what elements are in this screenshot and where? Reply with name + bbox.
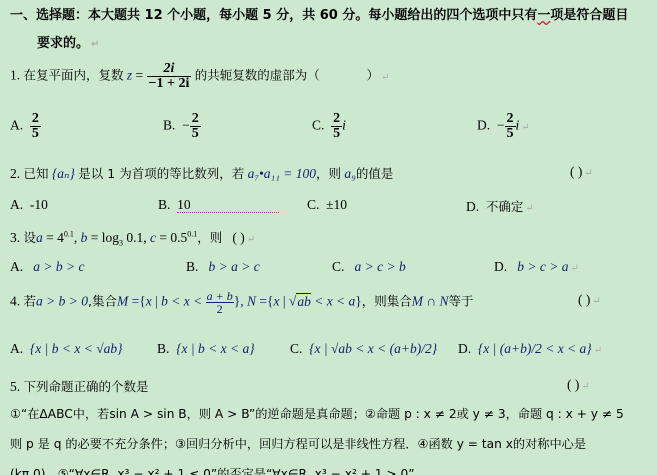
math-expr: a — [36, 230, 43, 245]
q1-option-b[interactable]: B. −25 — [163, 112, 201, 141]
math-var: b < x < — [161, 294, 205, 309]
option-label: B. — [157, 341, 169, 356]
math-op: | — [152, 294, 161, 309]
question-text: ，则 — [197, 230, 222, 245]
q3-option-c[interactable]: C. a > c > b — [332, 259, 406, 275]
q3-option-a[interactable]: A. a > b > c — [10, 259, 84, 275]
q5-answer-blank: ( )↵ — [567, 377, 590, 393]
fraction-denominator: −1 + 2i — [147, 77, 192, 91]
answer-blank: ( ) — [232, 230, 244, 245]
question-number: 3. — [10, 230, 20, 245]
q4-option-a[interactable]: A. {x | b < x < √ab} — [10, 341, 123, 357]
q4-option-c[interactable]: C. {x | √ab < x < (a+b)/2} — [290, 341, 437, 357]
q4-option-b[interactable]: B. {x | b < x < a} — [157, 341, 255, 357]
q3-option-b[interactable]: B. b > a > c — [186, 259, 260, 275]
question-number: 2. — [10, 166, 20, 181]
question-text: 在复平面内，复数 — [24, 68, 124, 83]
paragraph-mark-icon: ↵ — [381, 72, 389, 83]
q2-option-c[interactable]: C. ±10 — [307, 197, 347, 213]
option-value: b > c > a — [517, 259, 568, 274]
option-value: -10 — [30, 197, 48, 212]
answer-blank: ） — [367, 68, 380, 83]
paragraph-mark-icon: ↵ — [91, 39, 99, 50]
math-var: a₉ — [344, 166, 355, 181]
fraction-numerator: 2 — [505, 112, 516, 127]
q3-option-d[interactable]: D. b > c > a↵ — [494, 259, 579, 275]
fraction-numerator: 2 — [30, 112, 41, 127]
math-var: < x < a — [311, 294, 355, 309]
fraction-denominator: 2 — [206, 303, 234, 315]
math-op: = 40.1, — [43, 230, 81, 245]
paragraph-mark-icon: ↵ — [584, 168, 592, 179]
q2-option-d[interactable]: D. 不确定↵ — [466, 197, 534, 215]
imag-unit: i — [342, 118, 346, 133]
paragraph-mark-icon: ↵ — [521, 122, 529, 133]
question-2: 2. 已知 {aₙ} 是以 1 为首项的等比数列，若 a₇•a₁₁ = 100，… — [10, 164, 393, 182]
math-intersection: M ∩ N — [412, 294, 449, 309]
paragraph-mark-icon: ↵ — [592, 296, 600, 307]
answer-blank: ( ) — [567, 377, 579, 392]
option-label: C. — [312, 118, 324, 133]
question-number: 1. — [10, 68, 20, 83]
question-number: 5. — [10, 379, 20, 394]
question-number: 4. — [10, 294, 20, 309]
fraction: 25 — [505, 112, 516, 141]
q2-option-a[interactable]: A. -10 — [10, 197, 48, 213]
fraction: 2i −1 + 2i — [147, 62, 192, 91]
paragraph-mark-icon: ↵ — [525, 203, 533, 214]
question-text: 是以 1 为首项的等比数列，若 — [78, 166, 244, 181]
option-value: a > c > b — [355, 259, 406, 274]
question-5: 5. 下列命题正确的个数是 — [10, 377, 149, 395]
fraction-denominator: 5 — [30, 127, 41, 141]
q4-option-d[interactable]: D. {x | (a+b)/2 < x < a}↵ — [458, 341, 602, 357]
fraction-numerator: 2 — [190, 112, 201, 127]
option-label: A. — [10, 341, 23, 356]
set-m: M — [117, 294, 128, 309]
math-op: = log3 0.1, — [87, 230, 150, 245]
math-op: ={ — [256, 294, 273, 309]
fraction: 25 — [331, 112, 342, 141]
option-label: C. — [290, 341, 302, 356]
section-header-line2: 要求的。↵ — [37, 32, 99, 51]
sqrt-ab: ab — [296, 293, 311, 309]
option-label: B. — [163, 118, 175, 133]
set-n: N — [247, 294, 256, 309]
math-op: ={ — [128, 294, 145, 309]
question-4: 4. 若a > b > 0,集合M ={x | b < x < a + b2},… — [10, 290, 474, 315]
option-value: 不确定 — [486, 199, 524, 214]
spell-check-word: 一 — [537, 8, 550, 23]
option-value: {x | b < x < √ab} — [30, 341, 123, 356]
math-op: | √ — [279, 294, 296, 309]
option-label: C. — [307, 197, 319, 212]
option-label: D. — [494, 259, 507, 274]
question-text: 设 — [24, 230, 37, 245]
q1-option-d[interactable]: D. −25i↵ — [477, 112, 530, 141]
answer-blank: ( ) — [578, 292, 590, 307]
imag-unit: i — [516, 118, 520, 133]
math-op: }, — [234, 294, 247, 309]
option-label: A. — [10, 118, 23, 133]
question-text: 的值是 — [356, 166, 394, 181]
fraction-numerator: 2 — [331, 112, 342, 127]
q1-option-c[interactable]: C. 25i — [312, 112, 346, 141]
math-op: = 0.50.1 — [156, 230, 197, 245]
fraction: 25 — [30, 112, 41, 141]
option-value: ±10 — [326, 197, 347, 212]
option-label: B. — [158, 197, 170, 212]
option-value: {x | (a+b)/2 < x < a} — [478, 341, 592, 356]
math-expr: a₇•a₁₁ = 100 — [248, 166, 316, 181]
option-label: B. — [186, 259, 198, 274]
question-text: 下列命题正确的个数是 — [24, 379, 149, 394]
fraction-denominator: 5 — [331, 127, 342, 141]
q5-statement-line-2: 则 p 是 q 的必要不充分条件；③回归分析中，回归方程可以是非线性方程．④函数… — [10, 435, 586, 452]
option-label: A. — [10, 259, 23, 274]
sign: − — [497, 118, 505, 133]
q4-answer-blank: ( )↵ — [578, 292, 601, 308]
paragraph-mark-icon: ↵ — [581, 381, 589, 392]
question-text: 等于 — [449, 294, 474, 309]
paragraph-mark-icon: ↵ — [247, 234, 255, 245]
question-text: 若 — [24, 294, 37, 309]
q2-answer-blank: ( )↵ — [570, 164, 593, 180]
question-text: ，则 — [316, 166, 341, 181]
option-value: {x | b < x < a} — [176, 341, 254, 356]
question-text: ,集合 — [88, 294, 117, 309]
option-label: D. — [477, 118, 490, 133]
option-label: A. — [10, 197, 23, 212]
paragraph-mark-icon: ↵ — [570, 263, 578, 274]
section-header-text-end: 项是符合题目 — [550, 8, 628, 23]
fraction-denominator: 5 — [505, 127, 516, 141]
math-var: z — [127, 68, 132, 83]
option-value: 10 — [177, 197, 279, 213]
question-1: 1. 在复平面内，复数 z = 2i −1 + 2i 的共轭复数的虚部为（ ）↵ — [10, 62, 389, 91]
section-header: 一、选择题：本大题共 12 个小题，每小题 5 分，共 60 分。每小题给出的四… — [10, 4, 628, 23]
question-text: 已知 — [24, 166, 49, 181]
fraction: 25 — [190, 112, 201, 141]
q1-option-a[interactable]: A. 25 — [10, 112, 41, 141]
fraction-denominator: 5 — [190, 127, 201, 141]
q2-option-b[interactable]: B. 10 — [158, 197, 279, 213]
math-seq: {aₙ} — [52, 166, 75, 181]
sign: − — [182, 118, 190, 133]
option-value: {x | √ab < x < (a+b)/2} — [309, 341, 437, 356]
fraction: a + b2 — [206, 290, 234, 315]
option-label: C. — [332, 259, 344, 274]
q5-statement-line-1: ①“在ΔABC中，若sin A > sin B，则 A > B”的逆命题是真命题… — [10, 405, 624, 422]
section-header-text2: 要求的。 — [37, 36, 89, 51]
fraction-numerator: 2i — [147, 62, 192, 77]
math-eq: = — [136, 68, 144, 83]
option-value: a > b > c — [33, 259, 84, 274]
paragraph-mark-icon: ↵ — [594, 345, 602, 356]
option-label: D. — [466, 199, 479, 214]
option-label: D. — [458, 341, 471, 356]
answer-blank: ( ) — [570, 164, 582, 179]
question-3: 3. 设a = 40.1, b = log3 0.1, c = 0.50.1，则… — [10, 228, 255, 248]
math-cond: a > b > 0 — [36, 294, 88, 309]
question-text: ，则集合 — [362, 294, 412, 309]
question-text: 的共轭复数的虚部为（ — [195, 68, 320, 83]
section-header-text: 一、选择题：本大题共 12 个小题，每小题 5 分，共 60 分。每小题给出的四… — [10, 8, 537, 23]
q5-statement-line-3: (kπ,0)．⑤“∀x∈R, x³ − x² + 1 ≤ 0”的否定是“∀x∈R… — [10, 465, 415, 475]
option-value: b > a > c — [209, 259, 260, 274]
